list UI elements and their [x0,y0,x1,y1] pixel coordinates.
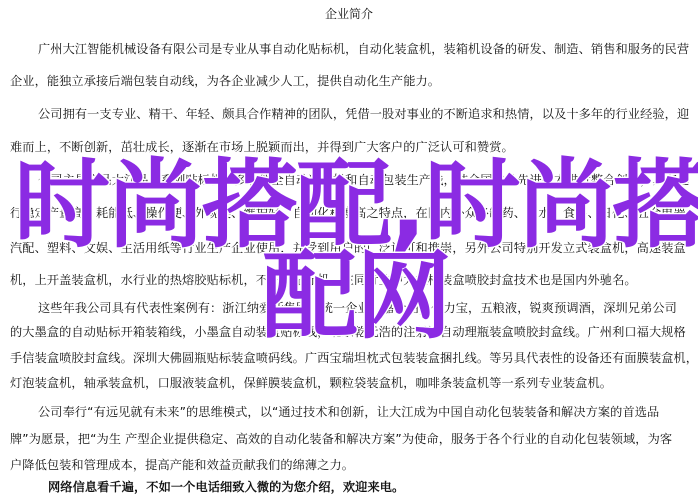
paragraph-5-line-1: 公司奉行“有远见就有未来”的思维模式，以“通过技术和创新，让大江成为中国自动化包… [38,404,659,420]
paragraph-2-line-1: 公司拥有一支专业、精干、年轻、颇具合作精神的团队，凭借一股对事业的不断追求和热情… [38,106,689,122]
paragraph-4-line-3: 手信装盒喷胶封盒线。深圳大佛圆瓶贴标装盒喷码线。广西宝瑞坦枕式包装装盒捆扎线。等… [10,350,698,366]
paragraph-4-line-4: 灯泡装盒机，轴承装盒机，口服液装盒机，保鲜膜装盒机，颗粒袋装盒机，咖啡条装盒机等… [10,375,612,391]
watermark-overlay-line-2: 配网 [262,246,450,346]
paragraph-1-line-1: 广州大江智能机械设备有限公司是专业从事自动化贴标机，自动化装盒机，装箱机设备的研… [38,41,689,57]
paragraph-1-line-2: 企业，能独立承接后端包装自动线，为各企业减少人工，提供自动化生产能力。 [10,73,440,89]
paragraph-5-line-3: 户降低包装和管理成本，提高产能和效益贡献我们的绵薄之力。 [10,457,354,473]
paragraph-5-line-2: 牌”为愿景，把“为生 产型企业提供稳定、高效的自动化装备和解决方案”为使命，服务… [10,431,672,447]
document-title: 企业简介 [0,6,698,22]
closing-line: 网络信息看千遍，不如一个电话细致入微的为您介绍，欢迎来电。 [48,479,404,495]
